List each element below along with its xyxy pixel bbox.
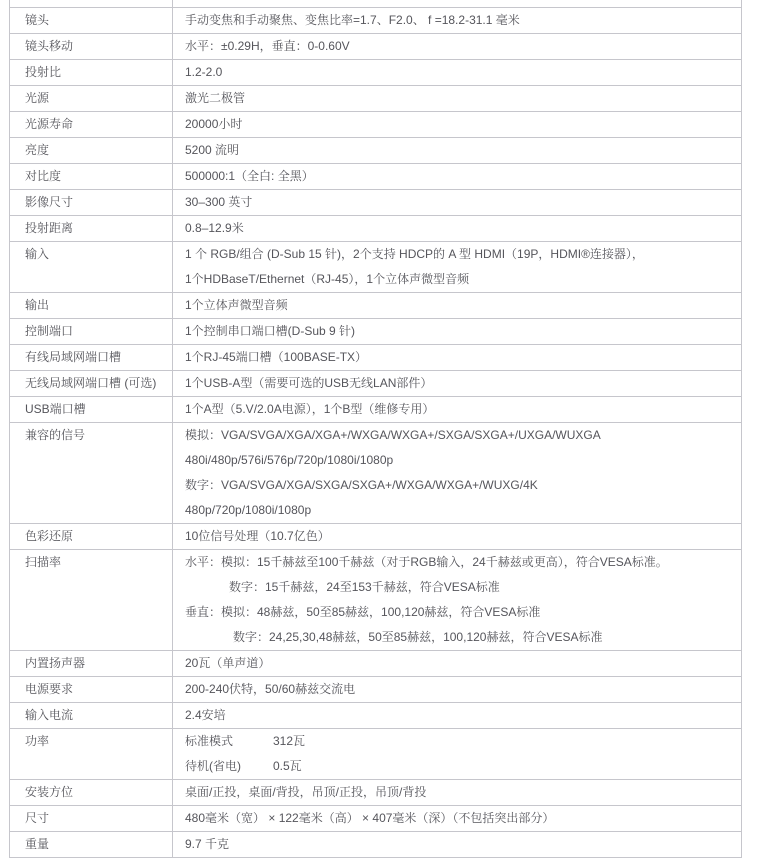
spec-value-line: 1个USB-A型（需要可选的USB无线LAN部件）	[185, 371, 733, 396]
spec-row-speaker: 内置扬声器 20瓦（单声道）	[10, 651, 741, 677]
spec-label: 色彩还原	[10, 524, 173, 549]
spec-value-line: 30–300 英寸	[185, 190, 733, 215]
spec-value-line: 480毫米（宽） × 122毫米（高） × 407毫米（深）（不包括突出部分）	[185, 806, 733, 831]
spec-value: 5200 流明	[173, 138, 741, 163]
spec-value-line: 数字：15千赫兹，24至153千赫兹，符合VESA标准	[185, 575, 733, 600]
spec-label: 尺寸	[10, 806, 173, 831]
spec-label: 无线局域网端口槽 (可选)	[10, 371, 173, 396]
spec-value-line: 0.8–12.9米	[185, 216, 733, 241]
spec-value: 500000:1（全白: 全黑）	[173, 164, 741, 189]
spec-row-light-source: 光源 激光二极管	[10, 86, 741, 112]
spec-label: 镜头	[10, 8, 173, 33]
spec-value-line: 480i/480p/576i/576p/720p/1080i/1080p	[185, 448, 733, 473]
spec-value-line: 9.7 千克	[185, 832, 733, 840]
spec-value-line: 20瓦（单声道）	[185, 651, 733, 676]
spec-row-power-requirement: 电源要求 200-240伏特，50/60赫兹交流电	[10, 677, 741, 703]
spec-label: 控制端口	[10, 319, 173, 344]
spec-label: 亮度	[10, 138, 173, 163]
spec-row-lens-shift: 镜头移动 水平：±0.29H，垂直：0-0.60V	[10, 34, 741, 60]
spec-value-line: 500000:1（全白: 全黑）	[185, 164, 733, 189]
spec-value: 激光二极管	[173, 86, 741, 111]
spec-row-output: 输出 1个立体声微型音频	[10, 293, 741, 319]
spec-row-light-life: 光源寿命 20000小时	[10, 112, 741, 138]
spec-row-contrast: 对比度 500000:1（全白: 全黑）	[10, 164, 741, 190]
spec-label: 镜头移动	[10, 34, 173, 59]
spec-value-line: 激光二极管	[185, 86, 733, 111]
spec-value-line: 水平：模拟：15千赫兹至100千赫兹（对于RGB输入，24千赫兹或更高），符合V…	[185, 550, 733, 575]
spec-value-line: 模拟：VGA/SVGA/XGA/XGA+/WXGA/WXGA+/SXGA/SXG…	[185, 423, 733, 448]
spec-value-line: 1 个 RGB/组合 (D-Sub 15 针)，2个支持 HDCP的 A 型 H…	[185, 242, 733, 267]
power-mode-value: 312瓦	[273, 734, 305, 748]
spec-row-throw-distance: 投射距离 0.8–12.9米	[10, 216, 741, 242]
spec-value: 20000小时	[173, 112, 741, 137]
spec-value-line: 480p/720p/1080i/1080p	[185, 498, 733, 523]
spec-value-line: 1个HDBaseT/Ethernet（RJ-45），1个立体声微型音频	[185, 267, 733, 292]
spec-value: 10位信号处理（10.7亿色）	[173, 524, 741, 549]
spec-row-image-size: 影像尺寸 30–300 英寸	[10, 190, 741, 216]
spec-value: 1个USB-A型（需要可选的USB无线LAN部件）	[173, 371, 741, 396]
spec-value: 1个RJ-45端口槽（100BASE-TX）	[173, 345, 741, 370]
spec-row-throw-ratio: 投射比 1.2-2.0	[10, 60, 741, 86]
spec-value: 水平：模拟：15千赫兹至100千赫兹（对于RGB输入，24千赫兹或更高），符合V…	[173, 550, 741, 650]
spec-row-weight: 重量 9.7 千克	[10, 832, 741, 840]
spec-value-line: 待机(省电)0.5瓦	[185, 754, 733, 779]
spec-value: 手动变焦和手动聚焦、变焦比率=1.7、F2.0、 f =18.2-31.1 毫米	[173, 8, 741, 33]
spec-row-wired-lan: 有线局域网端口槽 1个RJ-45端口槽（100BASE-TX）	[10, 345, 741, 371]
spec-value: 20瓦（单声道）	[173, 651, 741, 676]
spec-label: 内置扬声器	[10, 651, 173, 676]
spec-value-line: 10位信号处理（10.7亿色）	[185, 524, 733, 549]
spec-value: 模拟：VGA/SVGA/XGA/XGA+/WXGA/WXGA+/SXGA/SXG…	[173, 423, 741, 523]
spec-value: 水平：±0.29H，垂直：0-0.60V	[173, 34, 741, 59]
power-mode-name: 待机(省电)	[185, 754, 273, 779]
spec-label: 重量	[10, 832, 173, 840]
spec-label: 投射距离	[10, 216, 173, 241]
spec-row-color-reproduction: 色彩还原 10位信号处理（10.7亿色）	[10, 524, 741, 550]
spec-value-line: 1个RJ-45端口槽（100BASE-TX）	[185, 345, 733, 370]
spec-label: 电源要求	[10, 677, 173, 702]
spec-label: 对比度	[10, 164, 173, 189]
spec-value-line: 数字：24,25,30,48赫兹，50至85赫兹，100,120赫兹，符合VES…	[185, 625, 733, 650]
spec-value: 1个A型（5.V/2.0A电源），1个B型（维修专用）	[173, 397, 741, 422]
spec-row-input-current: 输入电流 2.4安培	[10, 703, 741, 729]
spec-label: 光源	[10, 86, 173, 111]
spec-row-control-port: 控制端口 1个控制串口端口槽(D-Sub 9 针)	[10, 319, 741, 345]
spec-row-input: 输入 1 个 RGB/组合 (D-Sub 15 针)，2个支持 HDCP的 A …	[10, 242, 741, 293]
spec-value: 1.2-2.0	[173, 60, 741, 85]
table-top-partial-row	[10, 0, 741, 8]
power-mode-name: 标准模式	[185, 729, 273, 754]
spec-value: 1个立体声微型音频	[173, 293, 741, 318]
table-top-partial-label-cell	[10, 0, 173, 7]
spec-label: 投射比	[10, 60, 173, 85]
spec-table: 镜头 手动变焦和手动聚焦、变焦比率=1.7、F2.0、 f =18.2-31.1…	[9, 0, 742, 840]
spec-label: 输入电流	[10, 703, 173, 728]
spec-value: 桌面/正投，桌面/背投，吊顶/正投，吊顶/背投	[173, 780, 741, 805]
spec-row-compatible-signals: 兼容的信号 模拟：VGA/SVGA/XGA/XGA+/WXGA/WXGA+/SX…	[10, 423, 741, 524]
spec-value-line: 1个A型（5.V/2.0A电源），1个B型（维修专用）	[185, 397, 733, 422]
spec-label: 输出	[10, 293, 173, 318]
spec-value-line: 1个控制串口端口槽(D-Sub 9 针)	[185, 319, 733, 344]
spec-row-usb-port: USB端口槽 1个A型（5.V/2.0A电源），1个B型（维修专用）	[10, 397, 741, 423]
spec-value: 0.8–12.9米	[173, 216, 741, 241]
spec-value-line: 标准模式312瓦	[185, 729, 733, 754]
spec-value: 1个控制串口端口槽(D-Sub 9 针)	[173, 319, 741, 344]
spec-value-line: 桌面/正投，桌面/背投，吊顶/正投，吊顶/背投	[185, 780, 733, 805]
spec-value: 2.4安培	[173, 703, 741, 728]
spec-value-line: 垂直：模拟：48赫兹，50至85赫兹，100,120赫兹，符合VESA标准	[185, 600, 733, 625]
spec-value: 480毫米（宽） × 122毫米（高） × 407毫米（深）（不包括突出部分）	[173, 806, 741, 831]
spec-value-line: 20000小时	[185, 112, 733, 137]
spec-label: 影像尺寸	[10, 190, 173, 215]
spec-row-scan-rate: 扫描率 水平：模拟：15千赫兹至100千赫兹（对于RGB输入，24千赫兹或更高）…	[10, 550, 741, 651]
spec-row-lens: 镜头 手动变焦和手动聚焦、变焦比率=1.7、F2.0、 f =18.2-31.1…	[10, 8, 741, 34]
power-mode-value: 0.5瓦	[273, 759, 302, 773]
spec-label: 光源寿命	[10, 112, 173, 137]
spec-label: 安装方位	[10, 780, 173, 805]
spec-value: 30–300 英寸	[173, 190, 741, 215]
spec-row-wireless-lan: 无线局域网端口槽 (可选) 1个USB-A型（需要可选的USB无线LAN部件）	[10, 371, 741, 397]
spec-row-power-consumption: 功率 标准模式312瓦 待机(省电)0.5瓦	[10, 729, 741, 780]
spec-value: 1 个 RGB/组合 (D-Sub 15 针)，2个支持 HDCP的 A 型 H…	[173, 242, 741, 292]
spec-value-line: 2.4安培	[185, 703, 733, 728]
spec-value-line: 手动变焦和手动聚焦、变焦比率=1.7、F2.0、 f =18.2-31.1 毫米	[185, 8, 733, 33]
spec-value-line: 水平：±0.29H，垂直：0-0.60V	[185, 34, 733, 59]
spec-value-line: 5200 流明	[185, 138, 733, 163]
spec-row-mounting: 安装方位 桌面/正投，桌面/背投，吊顶/正投，吊顶/背投	[10, 780, 741, 806]
spec-label: USB端口槽	[10, 397, 173, 422]
spec-label: 功率	[10, 729, 173, 779]
spec-value: 200-240伏特，50/60赫兹交流电	[173, 677, 741, 702]
spec-row-dimensions: 尺寸 480毫米（宽） × 122毫米（高） × 407毫米（深）（不包括突出部…	[10, 806, 741, 832]
spec-value-line: 1.2-2.0	[185, 60, 733, 85]
spec-row-brightness: 亮度 5200 流明	[10, 138, 741, 164]
spec-value-line: 200-240伏特，50/60赫兹交流电	[185, 677, 733, 702]
spec-value: 标准模式312瓦 待机(省电)0.5瓦	[173, 729, 741, 779]
spec-label: 有线局域网端口槽	[10, 345, 173, 370]
spec-label: 输入	[10, 242, 173, 292]
spec-label: 扫描率	[10, 550, 173, 650]
spec-value-line: 1个立体声微型音频	[185, 293, 733, 318]
spec-label: 兼容的信号	[10, 423, 173, 523]
spec-value-line: 数字：VGA/SVGA/XGA/SXGA/SXGA+/WXGA/WXGA+/WU…	[185, 473, 733, 498]
spec-value: 9.7 千克	[173, 832, 741, 840]
